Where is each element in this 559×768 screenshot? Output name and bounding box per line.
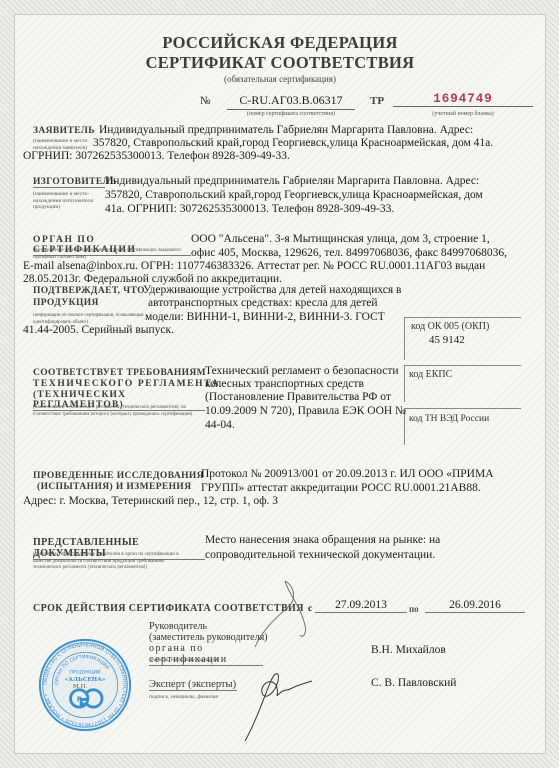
code-value-okp: 45 9142 (405, 332, 521, 346)
product-line-3: модели: ВИННИ-1, ВИННИ-2, ВИННИ-3. ГОСТ (145, 310, 385, 324)
documents-line-1: Место нанесения знака обращения на рынке… (205, 533, 440, 547)
blank-number-caption: (учетный номер бланка) (393, 111, 533, 117)
validity-to-prefix: по (409, 604, 419, 614)
product-line-2: автотранспортных средствах: кресла для д… (148, 296, 378, 310)
requirements-line-3: (Постановление Правительства РФ от (205, 390, 391, 404)
validity-to: 26.09.2016 (425, 598, 525, 613)
manufacturer-line-1: Индивидуальный предприниматель Габриелян… (105, 174, 479, 188)
requirements-line-4: 10.09.2009 N 720), Правила ЕЭК ООН № (205, 404, 406, 418)
expert-name: С. В. Павловский (371, 676, 456, 690)
cert-number-prefix: № (200, 95, 211, 107)
manufacturer-line-3: 41а. ОГРНИП: 307262535300013. Телефон 89… (105, 202, 394, 216)
manufacturer-label: ИЗГОТОВИТЕЛЬ (33, 177, 105, 188)
cert-number: C-RU.АГ03.В.06317 (227, 93, 355, 110)
manufacturer-line-2: 357820, Ставропольский край,город Георги… (105, 188, 483, 202)
svg-text:ПРОДУКЦИИ: ПРОДУКЦИИ (69, 669, 101, 675)
tests-line-1: Протокол № 200913/001 от 20.09.2013 г. И… (201, 467, 494, 481)
code-label-ekps: код ЕКПС (405, 366, 521, 380)
code-label-okp: код ОК 005 (ОКП) (405, 318, 521, 332)
head-caption: подпись, инициалы, фамилия (149, 657, 218, 664)
svg-text:Р: Р (77, 695, 82, 703)
code-box-tnved: код ТН ВЭД России (404, 408, 521, 445)
product-label-1: ПОДТВЕРЖДАЕТ, ЧТО (33, 286, 145, 296)
manufacturer-caption: (наименование и место-нахождения изготов… (33, 191, 95, 211)
requirements-line-1: Технический регламент о безопасности (205, 364, 399, 378)
certification-stamp-icon: ОБЩЕСТВО С ОГРАНИЧЕННОЙ ОТВЕТСТВЕННОСТЬЮ… (37, 637, 133, 733)
cert-body-line-1: ООО "Альсена". 3-я Мытищинская улица, до… (191, 232, 490, 246)
svg-text:«АЛЬСЕНА»: «АЛЬСЕНА» (65, 677, 106, 683)
blank-number-prefix: ТР (370, 95, 384, 107)
head-signature-icon (245, 575, 335, 650)
requirements-label-2: ТЕХНИЧЕСКОГО РЕГЛАМЕНТА (33, 379, 220, 389)
country-title: РОССИЙСКАЯ ФЕДЕРАЦИЯ (15, 33, 545, 53)
tests-line-3: Адрес: г. Москва, Тетеринский пер., 12, … (23, 494, 278, 508)
cert-number-caption: (номер сертификата соответствия) (227, 111, 355, 117)
document-subtitle: (обязательная сертификация) (15, 74, 545, 84)
product-label-2: ПРОДУКЦИЯ (33, 298, 99, 308)
code-box-ekps: код ЕКПС (404, 365, 521, 402)
tests-label-2: (ИСПЫТАНИЯ) И ИЗМЕРЕНИЯ (37, 482, 191, 492)
cert-body-line-3: E-mail alsena@inbox.ru. ОГРН: 1107746383… (23, 259, 485, 273)
product-line-1: Удерживающие устройства для детей находя… (143, 283, 402, 297)
code-box-okp: код ОК 005 (ОКП) 45 9142 (404, 317, 521, 360)
expert-signature-icon (240, 663, 330, 743)
requirements-line-2: колесных транспортных средств (205, 377, 364, 391)
head-name: В.Н. Михайлов (371, 643, 446, 657)
applicant-line-2: 357820, Ставропольский край,город Георги… (93, 136, 493, 150)
blank-number: 1694749 (393, 92, 533, 107)
document-title: СЕРТИФИКАТ СООТВЕТСТВИЯ (15, 53, 545, 73)
tests-label-1: ПРОВЕДЕННЫЕ ИССЛЕДОВАНИЯ (33, 471, 204, 481)
documents-caption: (документы, представленные заявителем в … (33, 552, 193, 572)
head-label-1: Руководитель (149, 621, 207, 632)
certificate-sheet: РОССИЙСКАЯ ФЕДЕРАЦИЯ СЕРТИФИКАТ СООТВЕТС… (14, 14, 546, 754)
applicant-line-3: ОГРНИП: 307262535300013. Телефон 8928-30… (23, 149, 290, 163)
applicant-label: ЗАЯВИТЕЛЬ (33, 126, 95, 136)
documents-line-2: сопроводительной технической документаци… (205, 548, 435, 562)
applicant-line-1: Индивидуальный предприниматель Габриелян… (99, 123, 473, 137)
requirements-line-5: 44-04. (205, 418, 235, 432)
requirements-caption: (наименование технического регламента (т… (33, 405, 193, 418)
tests-line-2: ГРУПП» аттестат аккредитации РОСС RU.000… (201, 481, 481, 495)
expert-caption: подпись, инициалы, фамилия (149, 694, 218, 701)
cert-body-line-2: офис 405, Москва, 129626, тел. 849970680… (191, 246, 507, 260)
code-label-tnved: код ТН ВЭД России (405, 409, 521, 424)
expert-label: Эксперт (эксперты) (149, 679, 237, 691)
requirements-label-1: СООТВЕТСТВУЕТ ТРЕБОВАНИЯМ (33, 368, 206, 378)
product-line-4: 41.44-2005. Серийный выпуск. (23, 323, 174, 337)
